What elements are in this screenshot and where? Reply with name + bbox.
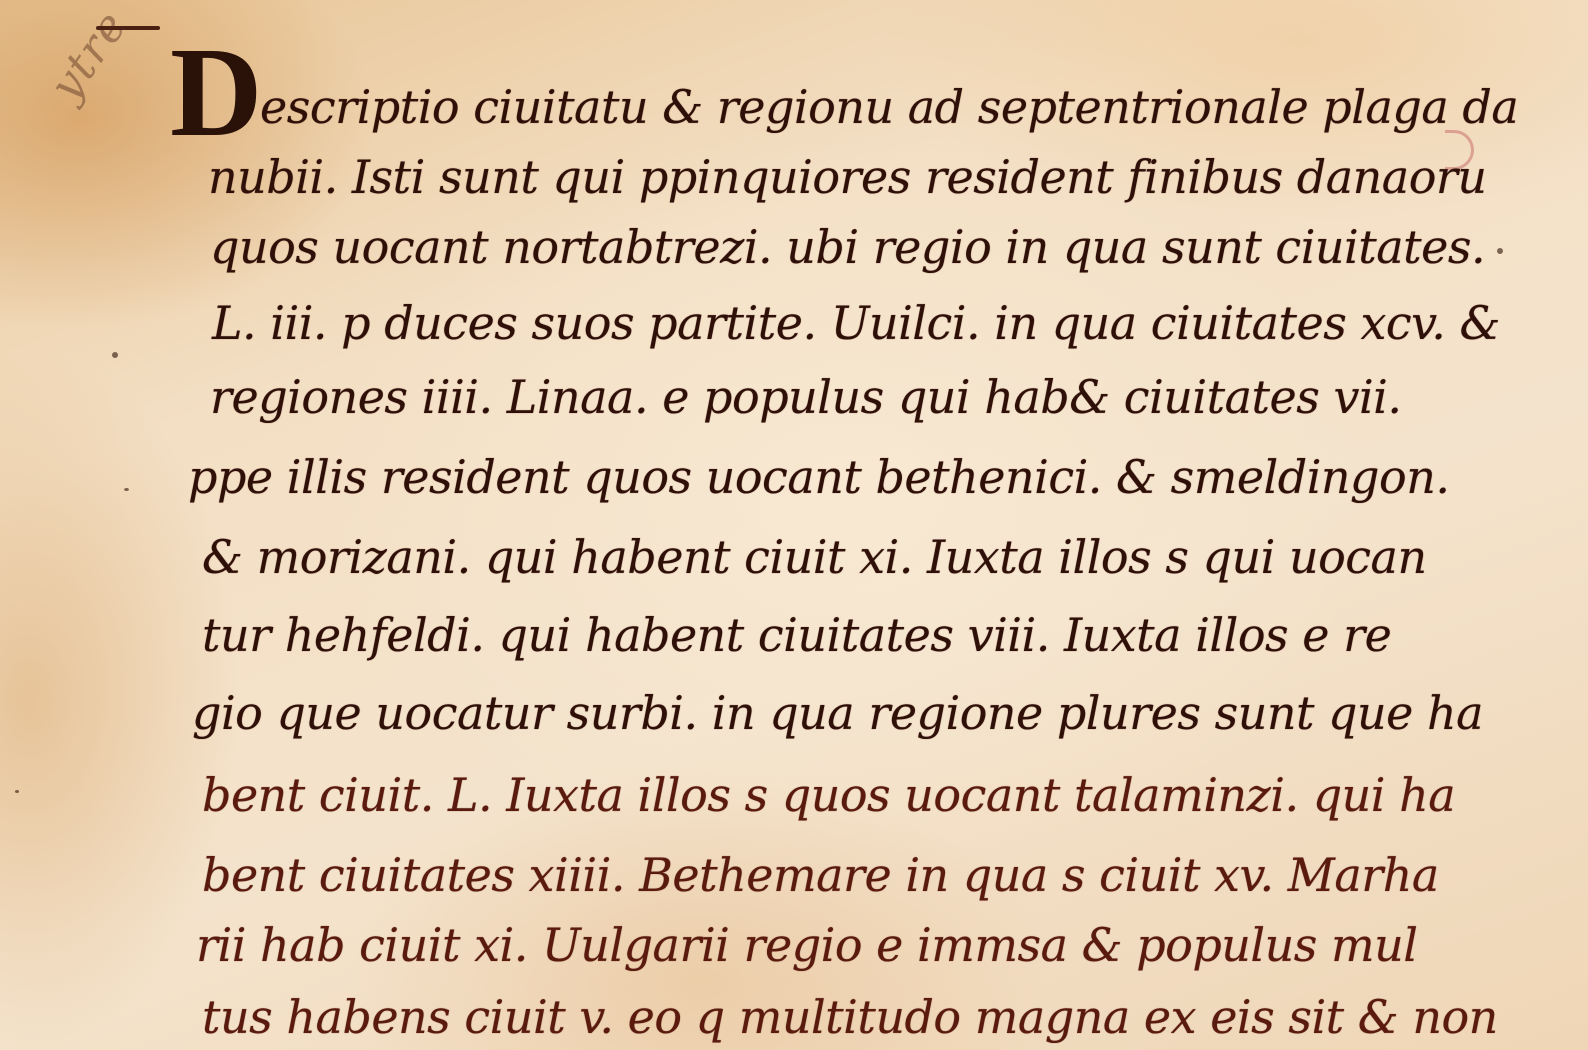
text-line: bent ciuitates xiiii. Bethemare in qua s… [202, 848, 1439, 902]
stain-spot [15, 790, 19, 793]
decorated-initial: D [170, 28, 262, 156]
initial-flourish [96, 26, 160, 30]
text-line: gio que uocatur surbi. in qua regione pl… [192, 686, 1483, 740]
stain-spot [124, 488, 129, 491]
text-line: nubii. Isti sunt qui ppinquiores residen… [208, 150, 1487, 204]
text-line: tus habens ciuit v. eo q multitudo magna… [202, 990, 1498, 1044]
text-line: quos uocant nortabtrezi. ubi regio in qu… [210, 220, 1485, 274]
text-line: escriptio ciuitatu & regionu ad septentr… [260, 80, 1518, 134]
text-line: L. iii. p duces suos partite. Uuilci. in… [212, 296, 1500, 350]
text-line: ppe illis resident quos uocant bethenici… [188, 450, 1449, 504]
text-line: regiones iiii. Linaa. e populus qui hab&… [210, 370, 1402, 424]
text-line: & morizani. qui habent ciuit xi. Iuxta i… [202, 530, 1427, 584]
text-line: rii hab ciuit xi. Uulgarii regio e immsa… [196, 918, 1417, 972]
text-line: bent ciuit. L. Iuxta illos s quos uocant… [202, 768, 1455, 822]
text-line: tur hehfeldi. qui habent ciuitates viii.… [202, 608, 1391, 662]
stain-spot [112, 352, 118, 358]
stain-spot [1497, 248, 1503, 254]
